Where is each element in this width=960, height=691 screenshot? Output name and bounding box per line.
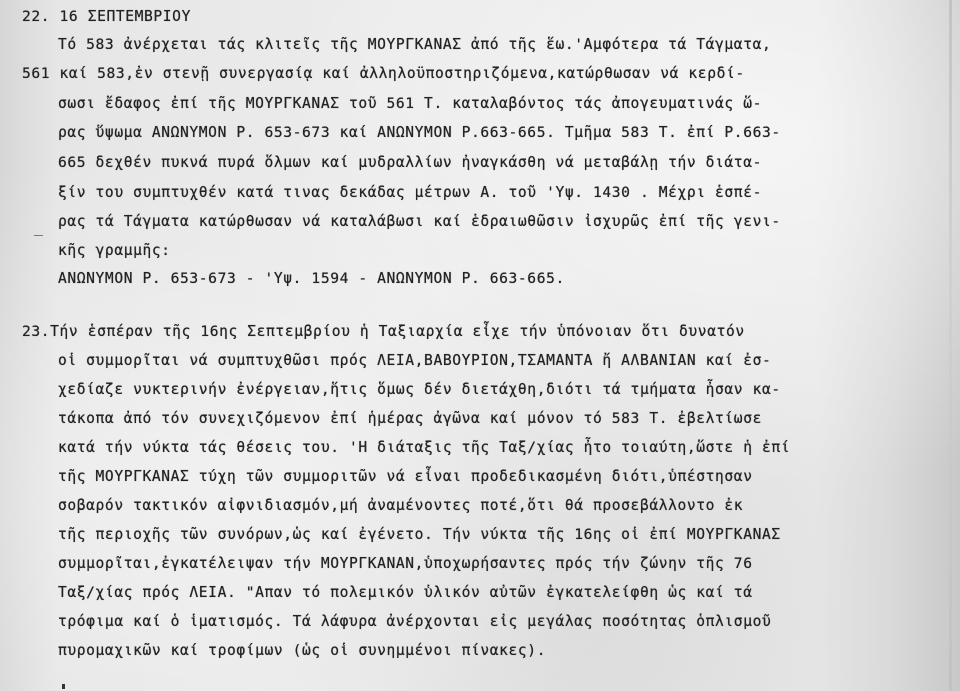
scanned-page: 22. 16 ΣΕΠΤΕΜΒΡΙΟΥ Τό 583 ἀνέρχεται τάς … xyxy=(0,0,960,691)
text-line: πυρομαχικῶν καί τροφίμων (ὡς οἱ συνημμέν… xyxy=(58,642,546,659)
text-line: Τό 583 ἀνέρχεται τάς κλιτεῖς τῆς ΜΟΥΡΓΚΑ… xyxy=(58,36,771,53)
text-line: τάκοπα ἀπό τόν συνεχιζόμενον ἐπί ἡμέρας … xyxy=(58,410,762,427)
ink-mark xyxy=(62,684,65,689)
text-line: τρόφιμα καί ὁ ἱματισμός. Τά λάφυρα ἀνέρχ… xyxy=(58,613,771,630)
text-line: ρας τά Τάγματα κατώρθωσαν νά καταλάβωσι … xyxy=(58,213,781,230)
text-line: συμμορῖται,ἐγκατέλειψαν τήν ΜΟΥΡΓΚΑΝΑΝ,ὑ… xyxy=(58,555,753,572)
text-line: ρας ὕψωμα ΑΝΩΝΥΜΟΝ Ρ. 653-673 καί ΑΝΩΝΥΜ… xyxy=(58,124,781,141)
text-line: τῆς περιοχῆς τῶν συνόρων,ὡς καί ἐγένετο.… xyxy=(58,526,781,543)
text-line: κατά τήν νύκτα τάς θέσεις του. 'Η διάταξ… xyxy=(58,439,790,456)
section-22-heading: 22. 16 ΣΕΠΤΕΜΒΡΙΟΥ xyxy=(22,8,191,25)
text-line: ξίν του συμπτυχθέν κατά τινας δεκάδας μέ… xyxy=(58,184,762,201)
text-line: οἱ συμμορῖται νά συμπτυχθῶσι πρός ΛΕΙΑ,Β… xyxy=(58,352,771,369)
text-line: Ταξ/χίας πρός ΛΕΙΑ. "Απαν τό πολεμικόν ὑ… xyxy=(58,584,753,601)
page-edge-shadow xyxy=(949,0,952,691)
text-line: 665 δεχθέν πυκνά πυρά ὅλμων καί μυδραλλί… xyxy=(58,154,762,171)
text-line: 561 καί 583,ἐν στενῇ συνεργασίᾳ καί ἀλλη… xyxy=(22,65,745,82)
section-23-first-line: 23.Τήν ἑσπέραν τῆς 16ης Σεπτεμβρίου ἡ Τα… xyxy=(22,323,745,340)
text-line: σωσι ἔδαφος ἐπί τῆς ΜΟΥΡΓΚΑΝΑΣ τοῦ 561 Τ… xyxy=(58,95,762,112)
text-line: χεδίαζε νυκτερινήν ἐνέργειαν,ἥτις ὅμως δ… xyxy=(58,381,781,398)
margin-mark: _ xyxy=(34,218,43,236)
text-line: ΑΝΩΝΥΜΟΝ Ρ. 653-673 - 'Υψ. 1594 - ΑΝΩΝΥΜ… xyxy=(58,270,565,287)
text-line: κῆς γραμμῆς: xyxy=(58,242,171,259)
text-line: σοβαρόν τακτικόν αἰφνιδιασμόν,μή ἀναμένο… xyxy=(58,497,743,514)
text-line: τῆς ΜΟΥΡΓΚΑΝΑΣ τύχη τῶν συμμοριτῶν νά εἶ… xyxy=(58,468,753,485)
